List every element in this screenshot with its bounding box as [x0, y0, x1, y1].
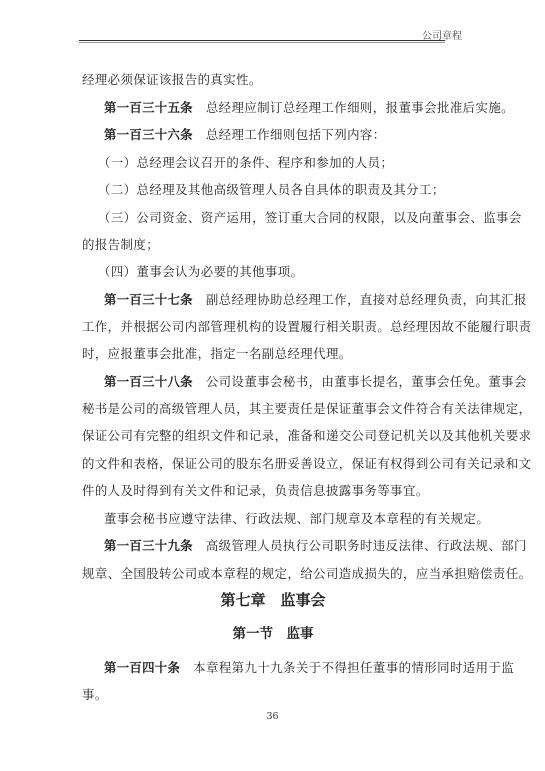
list-item-2: （二）总经理及其他高级管理人员各自具体的职责及其分工；	[98, 181, 445, 199]
article-138-line-1: 第一百三十八条公司设董事会秘书，由董事长提名，董事会任免。董事会	[104, 373, 527, 391]
article-138-line-3: 保证公司有完整的组织文件和记录，准备和递交公司登记机关以及其他机关要求	[82, 427, 531, 445]
header-divider	[79, 40, 445, 43]
article-label: 第一百三十五条	[104, 100, 193, 115]
article-138-line-5: 件的人及时得到有关文件和记录，负责信息披露事务等事宜。	[82, 482, 429, 500]
article-138-line-2: 秘书是公司的高级管理人员，其主要责任是保证董事会文件符合有关法律规定，	[82, 400, 531, 418]
article-label: 第一百三十八条	[104, 374, 193, 389]
article-label: 第一百三十九条	[104, 538, 193, 553]
article-text: 公司设董事会秘书，由董事长提名，董事会任免。董事会	[206, 374, 527, 389]
page-number: 36	[0, 711, 545, 722]
article-140-line-1: 第一百四十条本章程第九十九条关于不得担任董事的情形同时适用于监	[104, 659, 514, 677]
article-140-line-2: 事。	[82, 686, 108, 704]
article-label: 第一百四十条	[104, 660, 180, 675]
section-title: 第一节 监事	[82, 622, 464, 642]
article-139-line-2: 规章、全国股转公司或本章程的规定，给公司造成损失的，应当承担赔偿责任。	[82, 565, 531, 583]
article-text: 总经理工作细则包括下列内容：	[206, 127, 386, 142]
list-item-3-line-1: （三）公司资金、资产运用，签订重大合同的权限，以及向董事会、监事会	[98, 209, 522, 227]
secretary-paragraph: 董事会秘书应遵守法律、行政法规、部门规章及本章程的有关规定。	[104, 510, 489, 528]
article-label: 第一百三十六条	[104, 127, 193, 142]
article-label: 第一百三十七条	[104, 292, 193, 307]
paragraph-continuation: 经理必须保证该报告的真实性。	[82, 71, 262, 89]
article-text: 本章程第九十九条关于不得担任董事的情形同时适用于监	[193, 660, 514, 675]
article-137-line-2: 工作，并根据公司内部管理机构的设置履行相关职责。总经理因故不能履行职责	[82, 318, 531, 336]
article-text: 高级管理人员执行公司职务时违反法律、行政法规、部门	[206, 538, 527, 553]
list-item-1: （一）总经理会议召开的条件、程序和参加的人员；	[98, 154, 393, 172]
chapter-title: 第七章 监事会	[82, 589, 464, 610]
article-139-line-1: 第一百三十九条高级管理人员执行公司职务时违反法律、行政法规、部门	[104, 537, 527, 555]
article-136: 第一百三十六条总经理工作细则包括下列内容：	[104, 126, 386, 144]
article-text: 副总经理协助总经理工作，直接对总经理负责，向其汇报	[206, 292, 527, 307]
article-137-line-3: 时，应报董事会批准，指定一名副总经理代理。	[82, 345, 352, 363]
article-137-line-1: 第一百三十七条副总经理协助总经理工作，直接对总经理负责，向其汇报	[104, 291, 527, 309]
article-135: 第一百三十五条总经理应制订总经理工作细则，报董事会批准后实施。	[104, 99, 514, 117]
list-item-3-line-2: 的报告制度；	[82, 236, 159, 254]
article-text: 总经理应制订总经理工作细则，报董事会批准后实施。	[206, 100, 514, 115]
list-item-4: （四）董事会认为必要的其他事项。	[98, 263, 303, 281]
article-138-line-4: 的文件和表格，保证公司的股东名册妥善设立，保证有权得到公司有关记录和文	[82, 455, 531, 473]
